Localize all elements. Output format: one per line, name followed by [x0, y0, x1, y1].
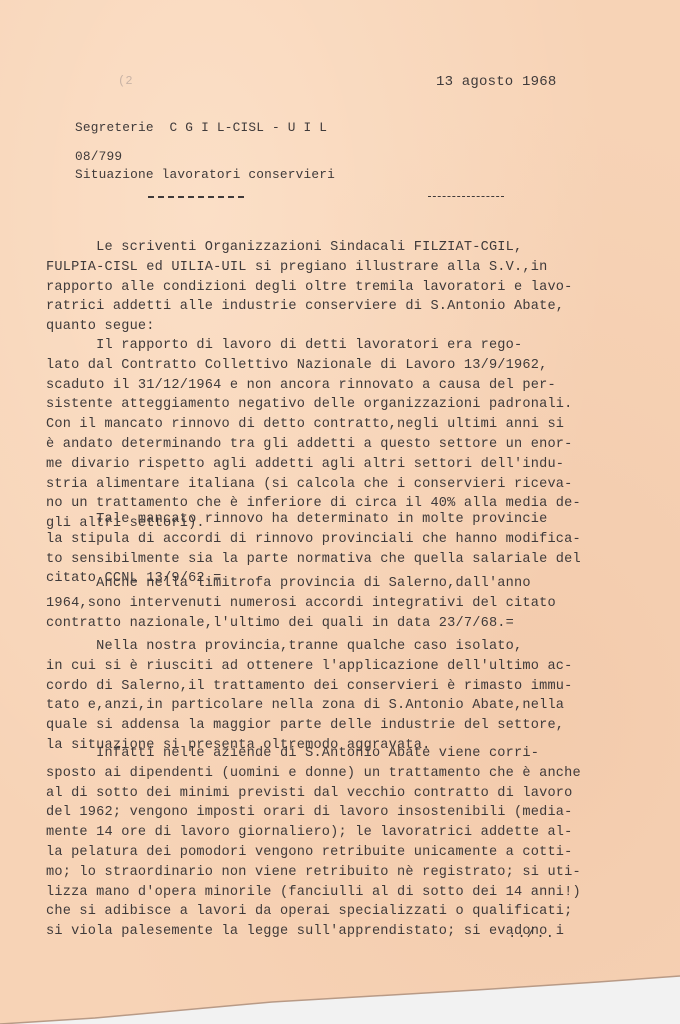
text-line: che si adibisce a lavori da operai speci… — [46, 902, 616, 922]
text-line: è andato determinando tra gli addetti a … — [46, 435, 616, 455]
paragraph-1: Le scriventi Organizzazioni Sindacali FI… — [46, 238, 616, 337]
recipient: Segreterie C G I L-CISL - U I L — [75, 120, 327, 135]
text-line: mo; lo straordinario non viene retribuit… — [46, 863, 616, 883]
text-line: ratrici addetti alle industrie conservie… — [46, 297, 616, 317]
separator-dash-left — [148, 196, 244, 198]
text-line: stria alimentare italiana (si calcola ch… — [46, 475, 616, 495]
paragraph-5: Nella nostra provincia,tranne qualche ca… — [46, 637, 616, 756]
text-line: quale si addensa la maggior parte delle … — [46, 716, 616, 736]
text-line: sposto ai dipendenti (uomini e donne) un… — [46, 764, 616, 784]
continuation-mark: ../.. — [508, 926, 555, 942]
separator-dash-right — [428, 196, 504, 197]
letter-date: 13 agosto 1968 — [436, 74, 556, 90]
text-line: in cui si è riusciti ad ottenere l'appli… — [46, 657, 616, 677]
text-line: Tale mancato rinnovo ha determinato in m… — [46, 510, 616, 530]
text-line: lato dal Contratto Collettivo Nazionale … — [46, 356, 616, 376]
text-line: Nella nostra provincia,tranne qualche ca… — [46, 637, 616, 657]
text-line: lizza mano d'opera minorile (fanciulli a… — [46, 883, 616, 903]
text-line: 1964,sono intervenuti numerosi accordi i… — [46, 594, 616, 614]
text-line: del 1962; vengono imposti orari di lavor… — [46, 803, 616, 823]
text-line: quanto segue: — [46, 317, 616, 337]
text-line: Con il mancato rinnovo di detto contratt… — [46, 415, 616, 435]
text-line: scaduto il 31/12/1964 e non ancora rinno… — [46, 376, 616, 396]
text-line: sistente atteggiamento negativo delle or… — [46, 395, 616, 415]
subject-line: Situazione lavoratori conservieri — [75, 167, 335, 182]
text-line: la stipula di accordi di rinnovo provinc… — [46, 530, 616, 550]
text-line: al di sotto dei minimi previsti dal vecc… — [46, 784, 616, 804]
paragraph-4: Anche nella limitrofa provincia di Saler… — [46, 574, 616, 633]
paragraph-6: Infatti nelle aziende di S.Antonio Abate… — [46, 744, 616, 942]
text-line: me divario rispetto agli addetti agli al… — [46, 455, 616, 475]
paragraph-2: Il rapporto di lavoro di detti lavorator… — [46, 336, 616, 534]
text-line: contratto nazionale,l'ultimo dei quali i… — [46, 614, 616, 634]
protocol-number: 08/799 — [75, 149, 122, 164]
text-line: to sensibilmente sia la parte normativa … — [46, 550, 616, 570]
text-line: FULPIA-CISL ed UILIA-UIL si pregiano ill… — [46, 258, 616, 278]
text-line: Infatti nelle aziende di S.Antonio Abate… — [46, 744, 616, 764]
text-line: cordo di Salerno,il trattamento dei cons… — [46, 677, 616, 697]
text-line: Il rapporto di lavoro di detti lavorator… — [46, 336, 616, 356]
page-mark: (2 — [118, 74, 133, 88]
text-line: Le scriventi Organizzazioni Sindacali FI… — [46, 238, 616, 258]
text-line: rapporto alle condizioni degli oltre tre… — [46, 278, 616, 298]
text-line: Anche nella limitrofa provincia di Saler… — [46, 574, 616, 594]
text-line: mente 14 ore di lavoro giornaliero); le … — [46, 823, 616, 843]
text-line: tato e,anzi,in particolare nella zona di… — [46, 696, 616, 716]
text-line: la pelatura dei pomodori vengono retribu… — [46, 843, 616, 863]
